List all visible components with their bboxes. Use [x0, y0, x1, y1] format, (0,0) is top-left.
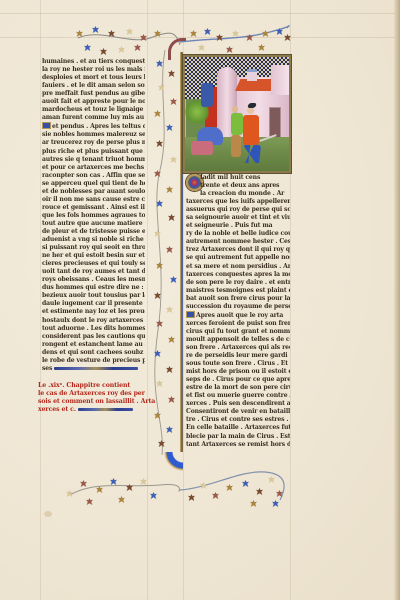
text-line: si puissant roy qui seoit en throne — [42, 244, 145, 252]
text-line: fauiers . et le dit aman selon son pro — [42, 82, 145, 90]
text-line-content: taxerces conquestes apres la mort — [186, 271, 290, 278]
text-line-content: re de perseidis leur mere gardi — [186, 352, 287, 359]
text-line-content: et seigneurie . Puis fut ma — [186, 222, 272, 229]
rubric-line-content: xerces et c. — [38, 406, 76, 413]
text-line: ar treucerez roy de perse plus noble et — [42, 139, 145, 147]
text-line: daule iugement car il presente — [42, 300, 145, 308]
text-line: et pendus . Apres les teltus dus — [42, 122, 145, 131]
figure-red-swordsman — [243, 115, 259, 145]
text-line: tant Artaxerces se remist hors de — [186, 441, 290, 449]
text-line-content: Consentiront de venir en bataille con — [186, 408, 290, 415]
text-line-content: ses — [42, 365, 52, 372]
castle-dormer — [247, 69, 257, 81]
text-line-content: oir il non me sans cause estre cour — [42, 196, 145, 203]
text-line: ne her et qui estoit besin sur et de pe — [42, 252, 145, 260]
text-line: blecie par la main de Cirus . Est a — [186, 433, 290, 441]
text-line-content: que les fols hommes agraues tout — [42, 212, 145, 219]
text-line: aman furent comme luy mis au gibet — [42, 114, 145, 122]
text-line: de son pere le roy daire . et entre ses — [186, 279, 290, 287]
text-line-content: se qui autrement fut appelle nostre — [186, 254, 290, 261]
text-line-content: et pendus . Apres les teltus dus — [52, 123, 145, 130]
text-line-content: uoit tant de roy aumes et tant de : — [42, 268, 145, 275]
text-line-content: cirus qui fu tout grant et nomme — [186, 328, 290, 335]
text-line: cieres precieuses et qui touly sesp a — [42, 260, 145, 268]
text-line-content: Apres auoit que le roy arta — [196, 312, 283, 319]
text-line: rouce et gemissant . Ainsi est il vray : — [42, 204, 145, 212]
text-line-content: rouce et gemissant . Ainsi est il vray : — [42, 204, 145, 211]
text-line: sie nobles hommes malereuz se ye — [42, 131, 145, 139]
text-line: cirus qui fu tout grant et nomme — [186, 328, 290, 336]
text-line: considerent pas les cautions qui — [42, 333, 145, 341]
text-line: xerces feroient de puist son frere : — [186, 320, 290, 328]
text-line: estre de la mort de son pere cirus nous — [186, 384, 290, 392]
text-line-content: de pleur et de tristesse puisse estre . — [42, 228, 145, 235]
text-column-right: Iadit mil huit censtrente et deux ans ap… — [186, 174, 290, 449]
text-line-content: et de noblesses par auant souloit au — [42, 188, 145, 195]
text-line-content: aman furent comme luy mis au gibet — [42, 114, 145, 121]
text-line: mardocheus et touz le lignaige du dit — [42, 106, 145, 114]
text-line-content: mardocheus et touz le lignaige du dit — [42, 106, 145, 113]
inline-initial — [186, 311, 195, 318]
text-line-content: humaines . et au tiers conqueste et — [42, 58, 145, 65]
text-line: dus hommes qui estre dire ne : — [42, 284, 145, 292]
text-line-content: ry de la noble et belle iudice cousin — [186, 230, 290, 237]
text-line: se apperceu quel qui tient de honneurs — [42, 180, 145, 188]
initial-bar-bottom-hook — [159, 452, 183, 478]
text-line-content: dus hommes qui estre dire ne : — [42, 284, 144, 291]
text-line: le robe de vesture de precieus premiers — [42, 357, 145, 365]
text-line-content: le robe de vesture de precieus premiers — [42, 357, 145, 364]
text-line-content: xerces . Puis sen descendirent auant : — [186, 400, 290, 407]
text-line-content: ar treucerez roy de perse plus noble et — [42, 139, 145, 146]
text-line: Iadit mil huit cens — [186, 174, 290, 182]
text-line: sous toute son frere . Cirus . Et le — [186, 360, 290, 368]
text-line: seps de . Cirus pour ce que apres — [186, 376, 290, 384]
text-line-content: taxerces que les iuifs appellerent — [186, 198, 290, 205]
text-line: ry de la noble et belle iudice cousin — [186, 230, 290, 238]
text-line: et sa mere et nom persidius . Ar — [186, 263, 290, 271]
text-line-content: bat auoit son frere cirus pour la — [186, 295, 290, 302]
figure-watcher — [201, 83, 213, 107]
text-line-content: trente et deux ans apres — [200, 182, 279, 189]
text-line: Consentiront de venir en bataille con — [186, 408, 290, 416]
rubric-line: sois et comment on lassaillit . Arta — [38, 398, 146, 406]
text-line-content: rongent et estanchent lame au de — [42, 341, 145, 348]
text-line-content: estre de la mort de son pere cirus nous — [186, 384, 290, 391]
inline-initial — [42, 122, 51, 129]
text-line: tre . Cirus et contre ses estres . — [186, 416, 290, 424]
text-line: re de perseidis leur mere gardi — [186, 352, 290, 360]
text-line-content: plus riche et plus puissant que les : — [42, 148, 145, 155]
text-line: que les fols hommes agraues tout — [42, 212, 145, 220]
text-line: desploies et mort et tous leurs biens ; — [42, 74, 145, 82]
text-line-content: autres sie q tenant triuot hommes — [42, 156, 145, 163]
text-line-content: la roy ne hester roi us les mals furent — [42, 66, 145, 73]
rubric-line-content: Le .xixᵉ. Chappitre contient — [38, 382, 130, 389]
text-line: et de noblesses par auant souloit au — [42, 188, 145, 196]
text-line: maistres tesmoignes est plaint et de — [186, 287, 290, 295]
text-line: sa seignourie auoir et tint et viue — [186, 214, 290, 222]
castle-tower-right — [271, 65, 289, 95]
text-line: succession du royaume de perse . — [186, 303, 290, 311]
text-column-left: humaines . et au tiers conqueste etla ro… — [42, 58, 145, 373]
text-line-content: auoit fait et appreste pour le noble ; — [42, 98, 145, 105]
text-line: Apres auoit que le roy arta — [186, 311, 290, 320]
text-line: autrement nommee hester . Cest — [186, 238, 290, 246]
text-line: taxerces que les iuifs appellerent — [186, 198, 290, 206]
line-filler — [78, 408, 133, 411]
text-line-content: En celle bataille . Artaxerces fut — [186, 424, 290, 431]
text-line: et pour ce artaxerces me bechs pour — [42, 164, 145, 172]
text-line: autres sie q tenant triuot hommes — [42, 156, 145, 164]
text-line-content: dens et qui sont cachees soubz vel — [42, 349, 145, 356]
text-line-content: si puissant roy qui seoit en throne — [42, 244, 145, 251]
text-line-content: sa seignourie auoir et tint et viue — [186, 214, 290, 221]
text-line: moult appensoit de telles s de contre : — [186, 336, 290, 344]
text-line: bat auoit son frere cirus pour la — [186, 295, 290, 303]
text-line: trez Artaxerces dont il qui roy qui — [186, 246, 290, 254]
text-line-content: succession du royaume de perse . — [186, 303, 290, 310]
text-line: la roy ne hester roi us les mals furent — [42, 66, 145, 74]
text-line-content: xerces feroient de puist son frere : — [186, 320, 290, 327]
text-line: bezieux auoir tout tousius par lau — [42, 292, 145, 300]
text-line-content: moult appensoit de telles s de contre : — [186, 336, 290, 343]
text-line: son frere . Artaxerces qui als request — [186, 344, 290, 352]
rubric-line: Le .xixᵉ. Chappitre contient — [38, 382, 146, 390]
text-line-content: bezieux auoir tout tousius par lau — [42, 292, 145, 299]
rubric-line: le cas de Artaxerces roy des per — [38, 390, 146, 398]
text-line: tout aduorne . Les dits hommes ne — [42, 325, 145, 333]
text-line-content: la creacion du monde . Ar — [200, 190, 284, 197]
figure-fallen — [191, 141, 213, 155]
text-line: la creacion du monde . Ar — [186, 190, 290, 198]
text-line: pre meffait fust pendus au gibet qui — [42, 90, 145, 98]
figure-red-head — [247, 107, 254, 114]
text-line: et seigneurie . Puis fut ma — [186, 222, 290, 230]
text-line: oir il non me sans cause estre cour — [42, 196, 145, 204]
text-line-content: maistres tesmoignes est plaint et de — [186, 287, 290, 294]
text-line: se qui autrement fut appelle nostre — [186, 254, 290, 262]
text-line-content: de son pere le roy daire . et entre ses — [186, 279, 290, 286]
text-line-content: roys obeissans . Ceaus les mesme — [42, 276, 145, 283]
text-line: trente et deux ans apres — [186, 182, 290, 190]
text-line-content: et estimente nay loz et les preuciet — [42, 308, 145, 315]
text-line: tout autre que aucune matiere — [42, 220, 145, 228]
text-line: et estimente nay loz et les preuciet — [42, 308, 145, 316]
text-line-content: Iadit mil huit cens — [200, 174, 260, 181]
text-line-content: trez Artaxerces dont il qui roy qui — [186, 246, 290, 253]
text-line: ses — [42, 365, 145, 373]
text-line-content: et fist ou muerie guerre contre Arta — [186, 392, 290, 399]
chapter-rubric: Le .xixᵉ. Chappitre contientle cas de Ar… — [38, 382, 146, 414]
text-line: assuerus qui roy de perse qui souly — [186, 206, 290, 214]
rubric-line: xerces et c. — [38, 406, 146, 414]
text-line: auoit fait et appreste pour le noble ; — [42, 98, 145, 106]
text-line: dens et qui sont cachees soubz vel — [42, 349, 145, 357]
rubric-line-content: sois et comment on lassaillit . Arta — [38, 398, 155, 405]
figure-green-soldier — [231, 113, 243, 135]
rubric-line-content: le cas de Artaxerces roy des per — [38, 390, 145, 397]
text-line-content: et pour ce artaxerces me bechs pour — [42, 164, 145, 171]
text-line-content: desploies et mort et tous leurs biens ; — [42, 74, 145, 81]
text-line: rongent et estanchent lame au de — [42, 341, 145, 349]
text-line-content: aduenist a vng si noble si riche et — [42, 236, 145, 243]
text-line: raconpter son cas . Affin que se le sy — [42, 172, 145, 180]
miniature-illustration — [183, 55, 291, 173]
text-line: xerces . Puis sen descendirent auant : — [186, 400, 290, 408]
text-line: de pleur et de tristesse puisse estre . — [42, 228, 145, 236]
text-line-content: se apperceu quel qui tient de honneurs — [42, 180, 145, 187]
text-line-content: tre . Cirus et contre ses estres . — [186, 416, 288, 423]
text-line: uoit tant de roy aumes et tant de : — [42, 268, 145, 276]
figure-green-head — [232, 106, 238, 112]
text-line-content: hostaulx dont le roy artaxerces et — [42, 317, 145, 324]
line-filler — [54, 367, 138, 370]
text-line: humaines . et au tiers conqueste et — [42, 58, 145, 66]
text-line: taxerces conquestes apres la mort — [186, 271, 290, 279]
text-line-content: pre meffait fust pendus au gibet qui — [42, 90, 145, 97]
text-line-content: assuerus qui roy de perse qui souly — [186, 206, 290, 213]
text-line-content: fauiers . et le dit aman selon son pro — [42, 82, 145, 89]
text-line-content: tout autre que aucune matiere — [42, 220, 142, 227]
text-line: roys obeissans . Ceaus les mesme — [42, 276, 145, 284]
text-line: plus riche et plus puissant que les : — [42, 148, 145, 156]
text-line: En celle bataille . Artaxerces fut — [186, 424, 290, 432]
text-line-content: raconpter son cas . Affin que se le sy — [42, 172, 145, 179]
text-line-content: autrement nommee hester . Cest — [186, 238, 290, 245]
text-line: et fist ou muerie guerre contre Arta — [186, 392, 290, 400]
text-line-content: son frere . Artaxerces qui als request — [186, 344, 290, 351]
text-line-content: cieres precieuses et qui touly sesp a — [42, 260, 145, 267]
text-line-content: considerent pas les cautions qui — [42, 333, 145, 340]
figure-green-legs — [231, 135, 241, 157]
text-line-content: et sa mere et nom persidius . Ar — [186, 263, 290, 270]
text-line: aduenist a vng si noble si riche et — [42, 236, 145, 244]
text-line-content: seps de . Cirus pour ce que apres — [186, 376, 290, 383]
text-line: hostaulx dont le roy artaxerces et — [42, 317, 145, 325]
text-line: mist hors de prison ou il estoit en — [186, 368, 290, 376]
text-line-content: mist hors de prison ou il estoit en — [186, 368, 290, 375]
text-line-content: sie nobles hommes malereuz se ye — [42, 131, 145, 138]
text-line-content: sous toute son frere . Cirus . Et le — [186, 360, 290, 367]
text-line-content: tout aduorne . Les dits hommes ne — [42, 325, 145, 332]
text-line-content: daule iugement car il presente — [42, 300, 143, 307]
text-line-content: tant Artaxerces se remist hors de — [186, 441, 290, 448]
text-line-content: blecie par la main de Cirus . Est a — [186, 433, 290, 440]
text-line-content: ne her et qui estoit besin sur et de pe — [42, 252, 145, 259]
